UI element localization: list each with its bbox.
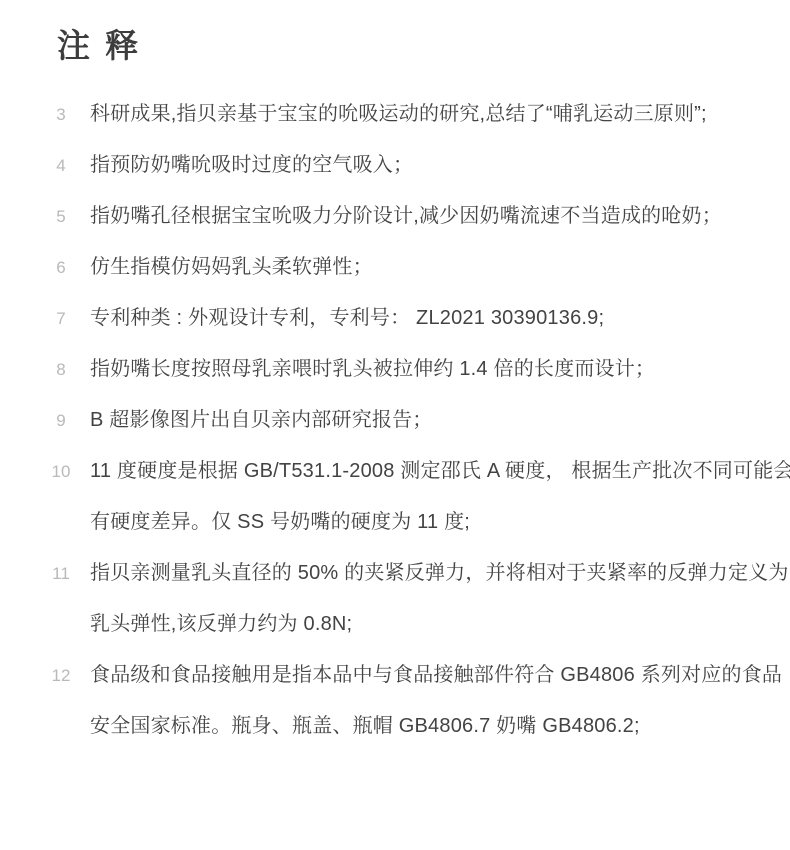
note-line: 专利种类 : 外观设计专利，专利号： ZL2021 30390136.9; [90, 293, 604, 344]
note-line: 11 度硬度是根据 GB/T531.1-2008 测定邵氏 A 硬度， 根据生产… [90, 446, 790, 497]
note-number: 10 [47, 446, 75, 497]
note-line: 食品级和食品接触用是指本品中与食品接触部件符合 GB4806 系列对应的食品 [90, 650, 782, 701]
note-text: B 超影像图片出自贝亲内部研究报告； [90, 395, 433, 446]
note-item: 8 指奶嘴长度按照母乳亲喂时乳头被拉伸约 1.4 倍的长度而设计； [0, 344, 790, 395]
note-text: 指预防奶嘴吮吸时过度的空气吸入； [90, 140, 413, 191]
note-number: 11 [47, 548, 75, 599]
note-line: 指奶嘴长度按照母乳亲喂时乳头被拉伸约 1.4 倍的长度而设计； [90, 344, 655, 395]
note-text: 指奶嘴孔径根据宝宝吮吸力分阶设计,减少因奶嘴流速不当造成的呛奶； [90, 191, 722, 242]
note-text: 食品级和食品接触用是指本品中与食品接触部件符合 GB4806 系列对应的食品安全… [90, 650, 782, 752]
note-number: 7 [47, 293, 75, 344]
note-line: 仿生指模仿妈妈乳头柔软弹性； [90, 242, 373, 293]
note-item: 7 专利种类 : 外观设计专利，专利号： ZL2021 30390136.9; [0, 293, 790, 344]
note-text: 11 度硬度是根据 GB/T531.1-2008 测定邵氏 A 硬度， 根据生产… [90, 446, 790, 548]
note-number: 8 [47, 344, 75, 395]
note-number: 6 [47, 242, 75, 293]
note-text: 指贝亲测量乳头直径的 50% 的夹紧反弹力，并将相对于夹紧率的反弹力定义为乳头弹… [90, 548, 789, 650]
note-number: 4 [47, 140, 75, 191]
note-line: 指预防奶嘴吮吸时过度的空气吸入； [90, 140, 413, 191]
note-item: 4 指预防奶嘴吮吸时过度的空气吸入； [0, 140, 790, 191]
note-item: 12 食品级和食品接触用是指本品中与食品接触部件符合 GB4806 系列对应的食… [0, 650, 790, 752]
note-line: 乳头弹性,该反弹力约为 0.8N; [90, 599, 789, 650]
note-item: 6 仿生指模仿妈妈乳头柔软弹性； [0, 242, 790, 293]
note-line: 指奶嘴孔径根据宝宝吮吸力分阶设计,减少因奶嘴流速不当造成的呛奶； [90, 191, 722, 242]
note-number: 3 [47, 89, 75, 140]
note-number: 9 [47, 395, 75, 446]
note-item: 5 指奶嘴孔径根据宝宝吮吸力分阶设计,减少因奶嘴流速不当造成的呛奶； [0, 191, 790, 242]
note-line: 有硬度差异。仅 SS 号奶嘴的硬度为 11 度; [90, 497, 790, 548]
note-text: 指奶嘴长度按照母乳亲喂时乳头被拉伸约 1.4 倍的长度而设计； [90, 344, 655, 395]
notes-page: 注 释 3 科研成果,指贝亲基于宝宝的吮吸运动的研究,总结了“哺乳运动三原则”;… [0, 0, 790, 850]
note-number: 12 [47, 650, 75, 701]
note-line: 安全国家标准。瓶身、瓶盖、瓶帽 GB4806.7 奶嘴 GB4806.2; [90, 701, 782, 752]
note-line: 指贝亲测量乳头直径的 50% 的夹紧反弹力，并将相对于夹紧率的反弹力定义为 [90, 548, 789, 599]
notes-list: 3 科研成果,指贝亲基于宝宝的吮吸运动的研究,总结了“哺乳运动三原则”; 4 指… [0, 89, 790, 752]
note-item: 11 指贝亲测量乳头直径的 50% 的夹紧反弹力，并将相对于夹紧率的反弹力定义为… [0, 548, 790, 650]
note-line: 科研成果,指贝亲基于宝宝的吮吸运动的研究,总结了“哺乳运动三原则”; [90, 89, 707, 140]
note-item: 9 B 超影像图片出自贝亲内部研究报告； [0, 395, 790, 446]
note-item: 3 科研成果,指贝亲基于宝宝的吮吸运动的研究,总结了“哺乳运动三原则”; [0, 89, 790, 140]
note-line: B 超影像图片出自贝亲内部研究报告； [90, 395, 433, 446]
page-title: 注 释 [57, 20, 141, 67]
note-number: 5 [47, 191, 75, 242]
note-text: 科研成果,指贝亲基于宝宝的吮吸运动的研究,总结了“哺乳运动三原则”; [90, 89, 707, 140]
note-item: 10 11 度硬度是根据 GB/T531.1-2008 测定邵氏 A 硬度， 根… [0, 446, 790, 548]
note-text: 专利种类 : 外观设计专利，专利号： ZL2021 30390136.9; [90, 293, 604, 344]
note-text: 仿生指模仿妈妈乳头柔软弹性； [90, 242, 373, 293]
